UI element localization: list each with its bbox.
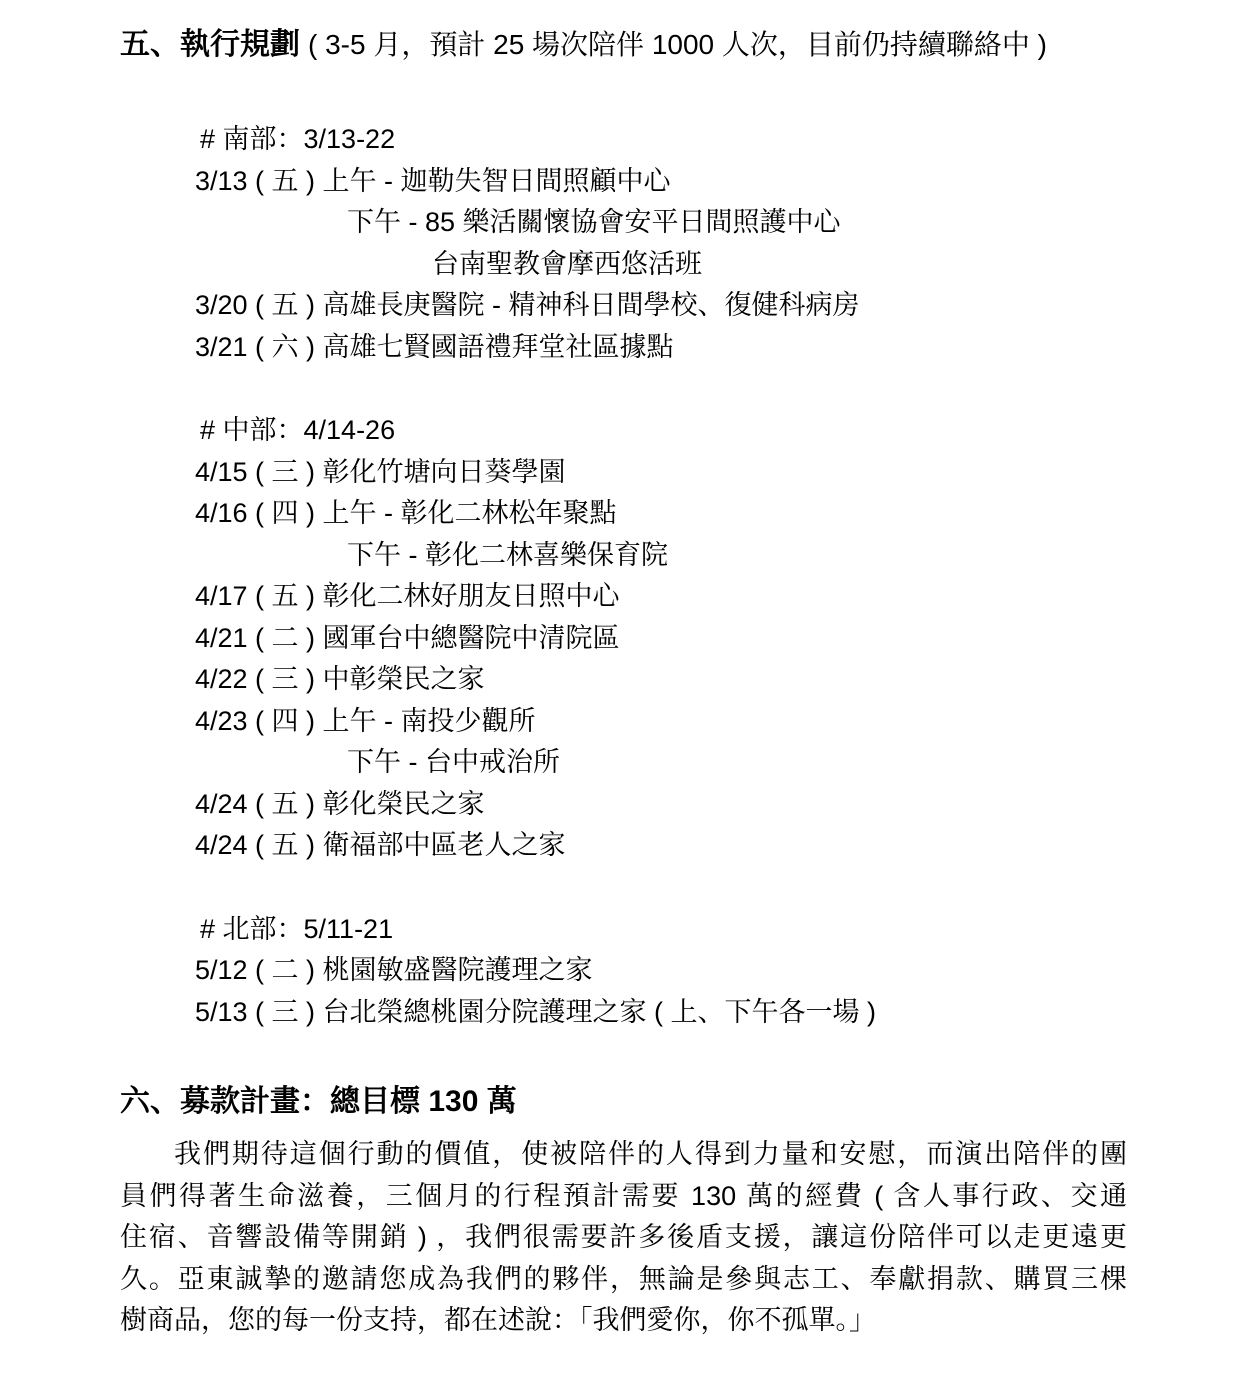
- paragraph-line: 樹商品，您的每一份支持，都在述說：「我們愛你，你不孤單。」: [120, 1300, 1127, 1342]
- paragraph-line: 員們得著生命滋養，三個月的行程預計需要 130 萬的經費 ( 含人事行政、交通: [120, 1176, 1127, 1218]
- paragraph-line: 住宿、音響設備等開銷 ) ，我們很需要許多後盾支援，讓這份陪伴可以走更遠更: [120, 1217, 1127, 1259]
- paragraph-line: 我們期待這個行動的價值，使被陪伴的人得到力量和安慰，而演出陪伴的團: [120, 1134, 1127, 1176]
- schedule-item: 4/17 ( 五 ) 彰化二林好朋友日照中心: [120, 576, 1127, 618]
- schedule-group-south-header: # 南部：3/13-22: [120, 119, 1127, 161]
- fundraising-paragraph: 我們期待這個行動的價值，使被陪伴的人得到力量和安慰，而演出陪伴的團 員們得著生命…: [120, 1134, 1127, 1342]
- schedule-list: # 南部：3/13-22 3/13 ( 五 ) 上午 - 迦勒失智日間照顧中心 …: [120, 119, 1127, 1033]
- schedule-item: 4/23 ( 四 ) 上午 - 南投少觀所: [120, 701, 1127, 743]
- schedule-group-central-header: # 中部：4/14-26: [120, 410, 1127, 452]
- schedule-item-continuation: 下午 - 台中戒治所: [120, 742, 1127, 784]
- paragraph-line: 久。亞東誠摯的邀請您成為我們的夥伴，無論是參與志工、奉獻捐款、購買三棵: [120, 1259, 1127, 1301]
- schedule-item: 4/24 ( 五 ) 彰化榮民之家: [120, 784, 1127, 826]
- schedule-item: 4/21 ( 二 ) 國軍台中總醫院中清院區: [120, 618, 1127, 660]
- schedule-item-continuation: 下午 - 彰化二林喜樂保育院: [120, 535, 1127, 577]
- schedule-item-continuation: 台南聖教會摩西悠活班: [120, 244, 1127, 286]
- schedule-item-continuation: 下午 - 85 樂活關懷協會安平日間照護中心: [120, 202, 1127, 244]
- schedule-item: 5/12 ( 二 ) 桃園敏盛醫院護理之家: [120, 950, 1127, 992]
- section5-heading: 五、執行規劃( 3-5 月，預計 25 場次陪伴 1000 人次，目前仍持續聯絡…: [120, 24, 1127, 66]
- section6-heading: 六、募款計畫：總目標 130 萬: [120, 1080, 1127, 1124]
- document-page: 五、執行規劃( 3-5 月，預計 25 場次陪伴 1000 人次，目前仍持續聯絡…: [0, 0, 1240, 1379]
- section5-heading-note: ( 3-5 月，預計 25 場次陪伴 1000 人次，目前仍持續聯絡中 ): [308, 29, 1047, 60]
- schedule-item: 3/13 ( 五 ) 上午 - 迦勒失智日間照顧中心: [120, 161, 1127, 203]
- schedule-item: 4/22 ( 三 ) 中彰榮民之家: [120, 659, 1127, 701]
- schedule-group-north: # 北部：5/11-21 5/12 ( 二 ) 桃園敏盛醫院護理之家 5/13 …: [120, 909, 1127, 1034]
- schedule-group-central: # 中部：4/14-26 4/15 ( 三 ) 彰化竹塘向日葵學園 4/16 (…: [120, 410, 1127, 867]
- schedule-group-north-header: # 北部：5/11-21: [120, 909, 1127, 951]
- schedule-group-south: # 南部：3/13-22 3/13 ( 五 ) 上午 - 迦勒失智日間照顧中心 …: [120, 119, 1127, 368]
- schedule-item: 4/24 ( 五 ) 衛福部中區老人之家: [120, 825, 1127, 867]
- schedule-item: 3/20 ( 五 ) 高雄長庚醫院 - 精神科日間學校、復健科病房: [120, 285, 1127, 327]
- section5-heading-title: 五、執行規劃: [120, 28, 300, 61]
- schedule-item: 4/15 ( 三 ) 彰化竹塘向日葵學園: [120, 452, 1127, 494]
- schedule-item: 4/16 ( 四 ) 上午 - 彰化二林松年聚點: [120, 493, 1127, 535]
- schedule-item: 3/21 ( 六 ) 高雄七賢國語禮拜堂社區據點: [120, 327, 1127, 369]
- schedule-item: 5/13 ( 三 ) 台北榮總桃園分院護理之家 ( 上、下午各一場 ): [120, 992, 1127, 1034]
